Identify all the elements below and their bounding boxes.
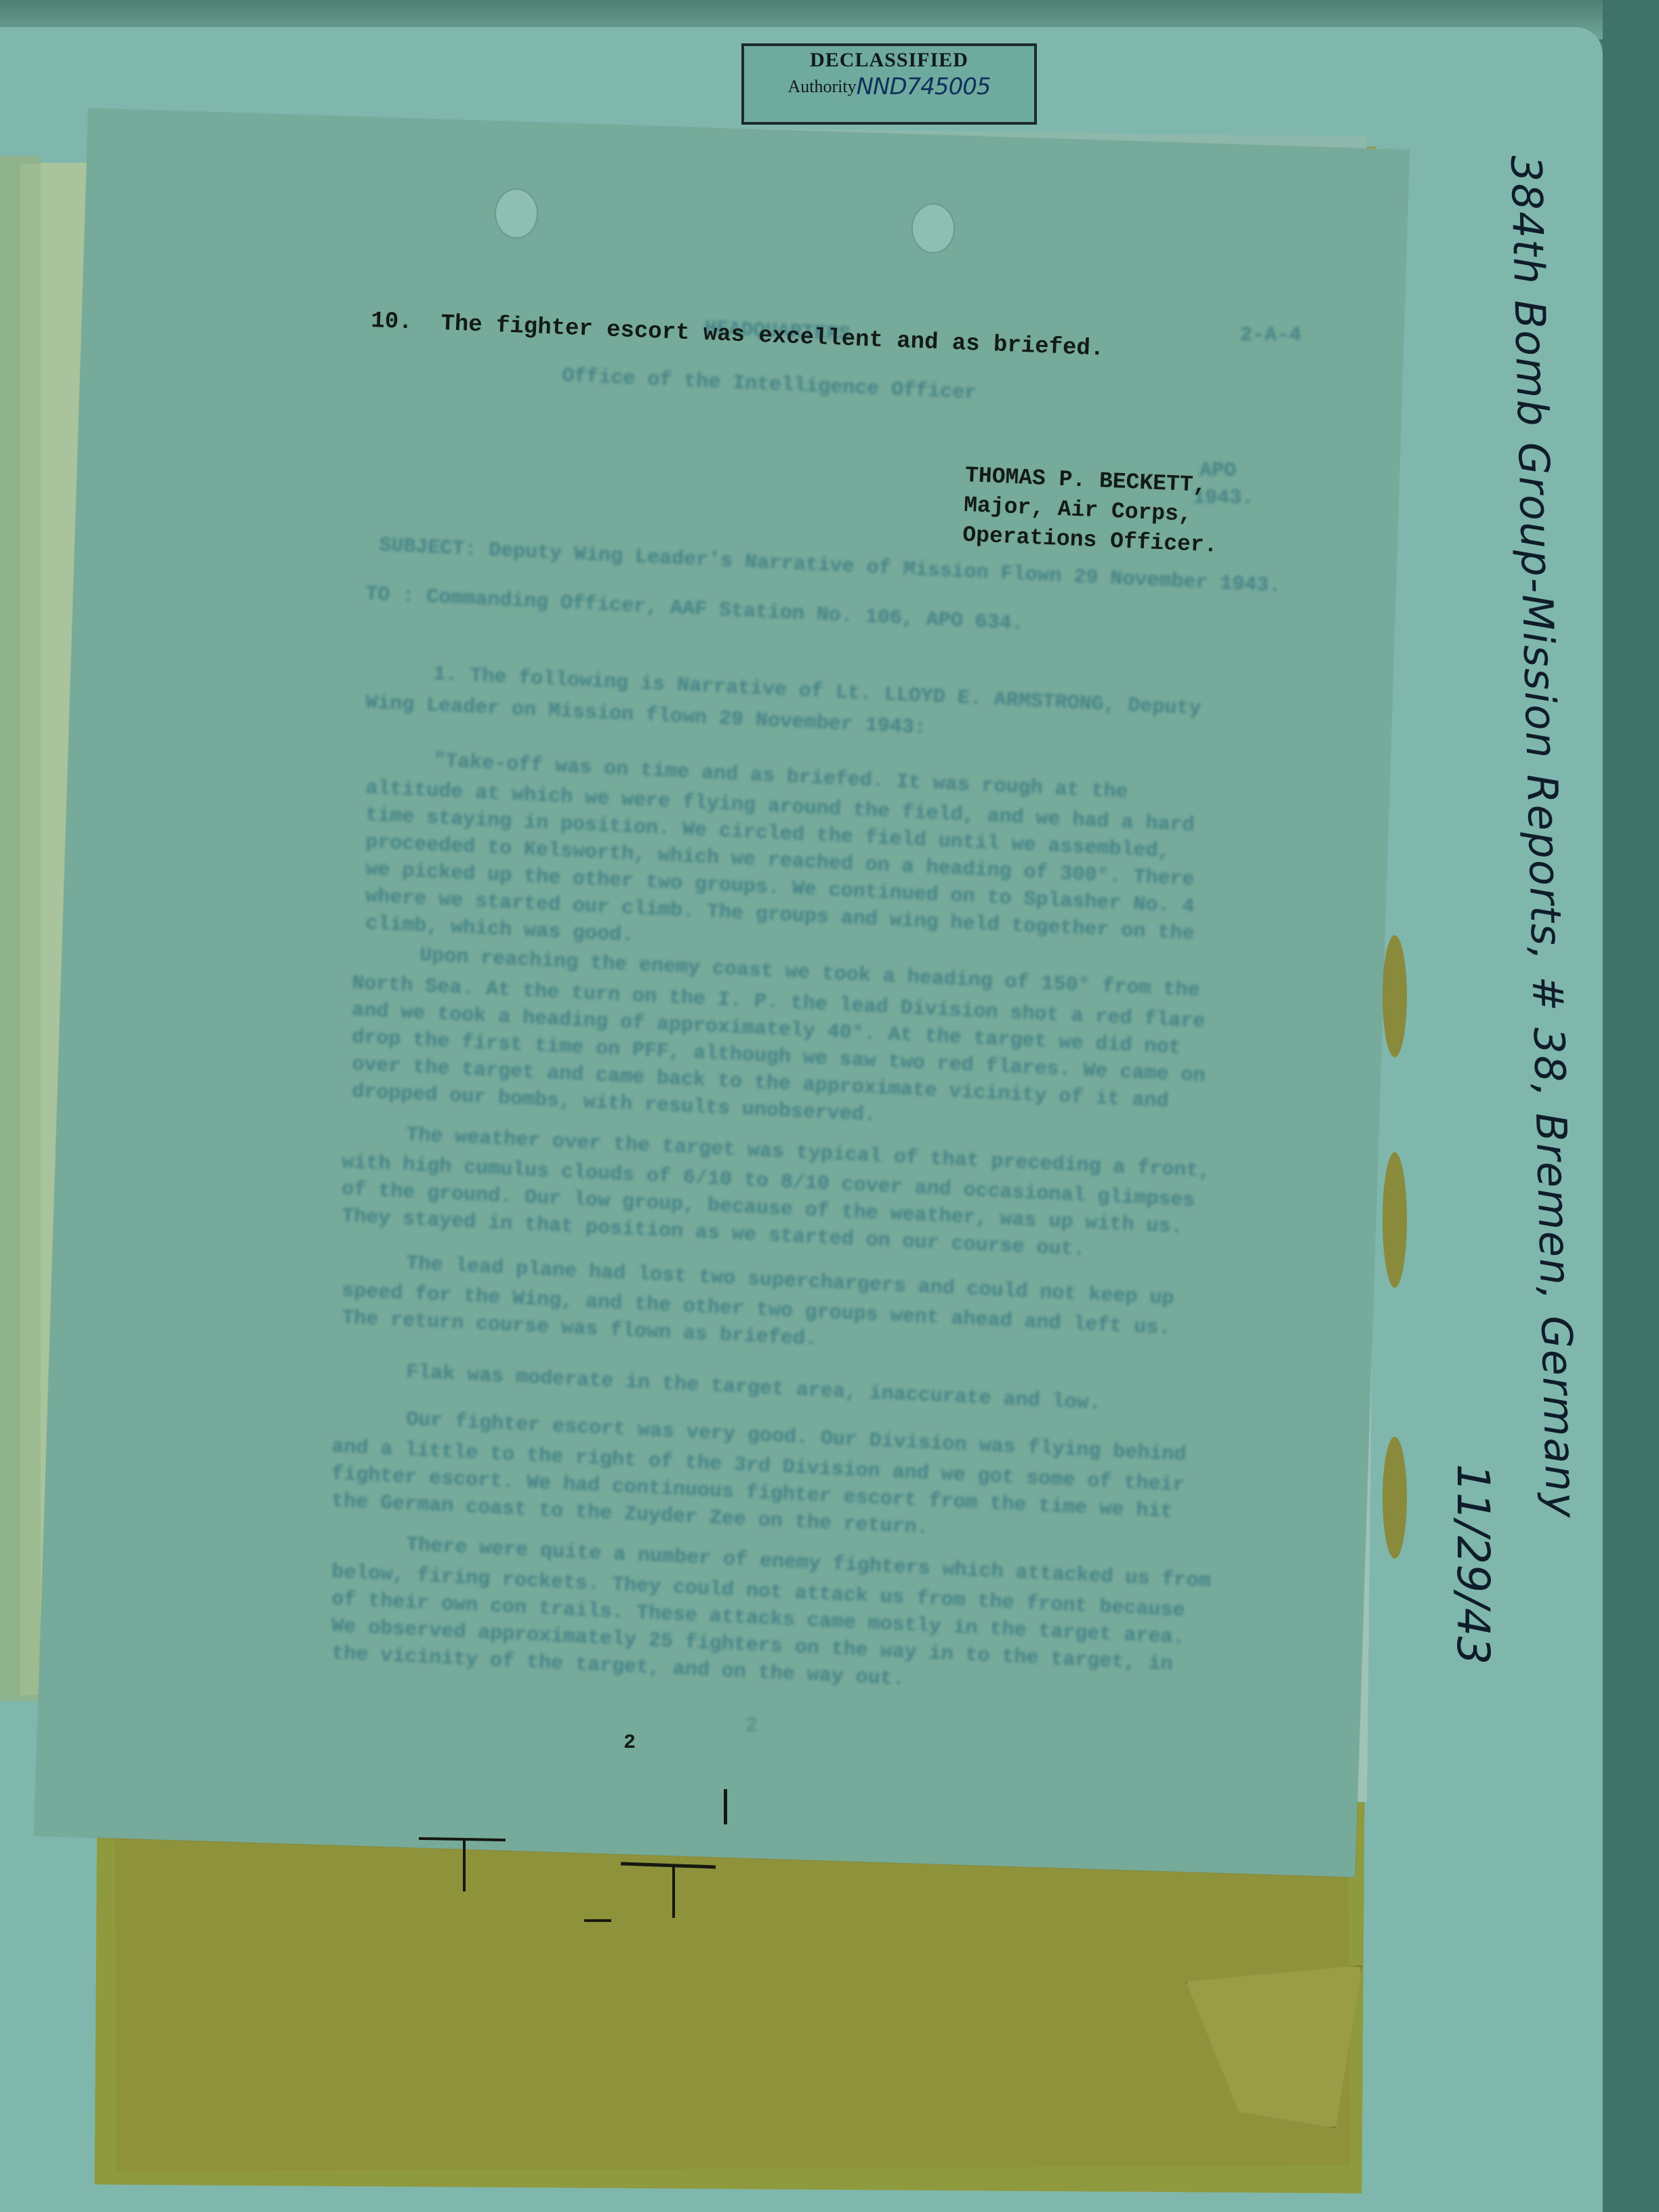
pencil-mark xyxy=(724,1789,727,1824)
signature-block: THOMAS P. BECKETT, Major, Air Corps, Ope… xyxy=(962,461,1220,561)
stamp-title: DECLASSIFIED xyxy=(744,49,1034,72)
pencil-mark xyxy=(672,1867,675,1918)
background-right-shadow xyxy=(1603,0,1659,2212)
ghost-header-right: 2-A-4 xyxy=(1240,325,1301,346)
punch-hole xyxy=(495,188,538,239)
pencil-mark xyxy=(463,1841,466,1891)
stamp-authority-label: Authority xyxy=(788,77,857,96)
punch-hole xyxy=(912,203,955,253)
declassified-stamp: DECLASSIFIED AuthorityNND745005 xyxy=(741,43,1037,125)
ghost-page-number: 2 xyxy=(745,1715,758,1738)
page-number: 2 xyxy=(623,1732,636,1755)
pencil-mark xyxy=(584,1919,611,1922)
folder-tab-edge xyxy=(1382,1152,1407,1288)
paragraph-number: 10. xyxy=(371,308,413,335)
folder-tab-edge xyxy=(1382,1437,1407,1559)
handwritten-date: 11/29/43 xyxy=(1447,1464,1499,1664)
stamp-authority-value: NND745005 xyxy=(857,73,991,100)
folder-tab-edge xyxy=(1382,935,1407,1057)
